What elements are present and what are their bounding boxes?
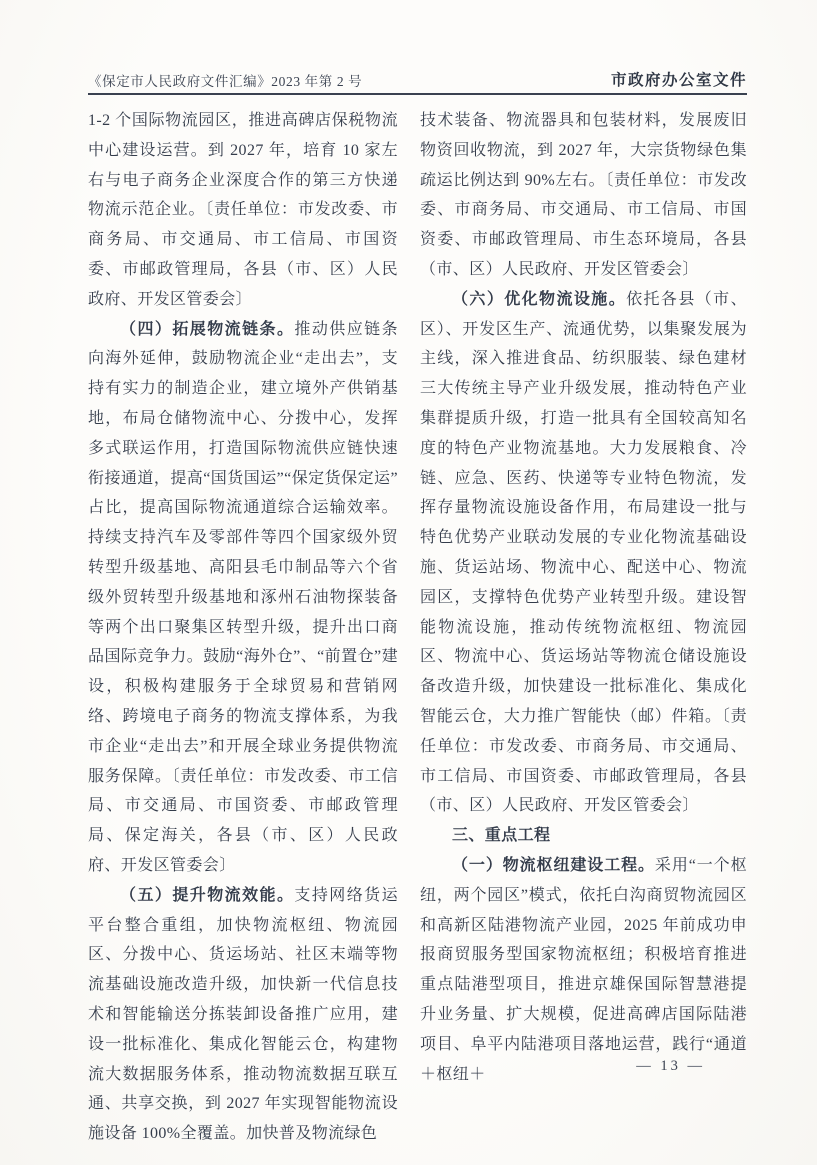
page-number: — 13 —: [636, 1058, 705, 1075]
paragraph-item-4-text: 推动供应链条向海外延伸，鼓励物流企业“走出去”，支持有实力的制造企业，建立境外产…: [88, 321, 398, 874]
paragraph-item-4: （四）拓展物流链条。推动供应链条向海外延伸，鼓励物流企业“走出去”，支持有实力的…: [88, 315, 398, 881]
header-office-label: 市政府办公室文件: [611, 68, 747, 90]
paragraph-item-6-lead: （六）优化物流设施。: [452, 291, 626, 308]
document-body: 1-2 个国际物流园区，推进高碑店保税物流中心建设运营。到 2027 年，培育 …: [88, 106, 747, 1149]
paragraph-item-1-hub: （一）物流枢纽建设工程。采用“一个枢纽，两个园区”模式，依托白沟商贸物流园区和高…: [420, 851, 747, 1089]
left-column: 1-2 个国际物流园区，推进高碑店保税物流中心建设运营。到 2027 年，培育 …: [88, 106, 398, 1149]
paragraph-item-5: （五）提升物流效能。支持网络货运平台整合重组，加快物流枢纽、物流园区、分拨中心、…: [88, 881, 398, 1149]
header-rule: [88, 93, 747, 95]
header-compilation-title: 《保定市人民政府文件汇编》2023 年第 2 号: [88, 70, 362, 90]
document-page: 《保定市人民政府文件汇编》2023 年第 2 号 市政府办公室文件 1-2 个国…: [0, 0, 817, 1165]
paragraph-continuation: 1-2 个国际物流园区，推进高碑店保税物流中心建设运营。到 2027 年，培育 …: [88, 106, 398, 315]
paragraph-continuation: 技术装备、物流器具和包装材料，发展废旧物资回收物流，到 2027 年，大宗货物绿…: [420, 106, 747, 285]
right-column: 技术装备、物流器具和包装材料，发展废旧物资回收物流，到 2027 年，大宗货物绿…: [420, 106, 747, 1149]
paragraph-item-1-hub-text: 采用“一个枢纽，两个园区”模式，依托白沟商贸物流园区和高新区陆港物流产业园，20…: [420, 857, 747, 1083]
paragraph-item-1-hub-lead: （一）物流枢纽建设工程。: [452, 857, 655, 874]
paragraph-item-5-lead: （五）提升物流效能。: [120, 887, 294, 904]
section-heading-key-projects: 三、重点工程: [420, 821, 747, 851]
paragraph-item-6: （六）优化物流设施。依托各县（市、区）、开发区生产、流通优势，以集聚发展为主线，…: [420, 285, 747, 821]
paragraph-item-5-text: 支持网络货运平台整合重组，加快物流枢纽、物流园区、分拨中心、货运场站、社区末端等…: [88, 887, 398, 1142]
paragraph-item-4-lead: （四）拓展物流链条。: [120, 321, 294, 338]
paragraph-item-6-text: 依托各县（市、区）、开发区生产、流通优势，以集聚发展为主线，深入推进食品、纺织服…: [420, 291, 747, 815]
page-header: 《保定市人民政府文件汇编》2023 年第 2 号 市政府办公室文件: [88, 68, 747, 90]
